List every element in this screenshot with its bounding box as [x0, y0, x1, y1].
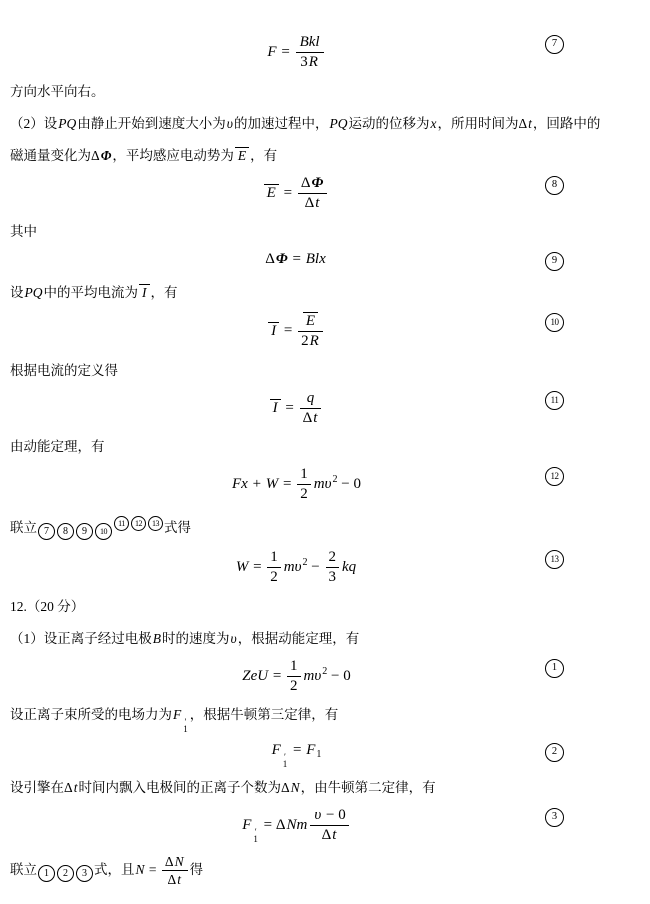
- text-content: 根据电流的定义得: [10, 360, 118, 381]
- math-variable: mυ: [314, 476, 332, 492]
- math-variable: E: [238, 148, 246, 163]
- math-text: 由静止开始到速度大小为: [77, 116, 226, 131]
- math-text: =: [289, 742, 305, 758]
- fraction-denominator: 3: [326, 568, 340, 586]
- circled-number: 3: [76, 865, 93, 882]
- overline-group: I: [139, 284, 150, 300]
- fraction-numerator: ΔN: [162, 854, 188, 872]
- math-text: 1: [290, 658, 298, 674]
- math-variable: F: [306, 742, 315, 758]
- fraction-numerator: ΔΦ: [298, 175, 328, 194]
- equation-number-badge: 2: [545, 743, 564, 762]
- math-text: ，平均感应电动势为: [112, 148, 234, 163]
- math-variable: N: [175, 854, 184, 869]
- math-text: 联立: [10, 862, 37, 877]
- math-text: 2: [301, 333, 309, 349]
- fraction-numerator: υ − 0: [310, 807, 348, 826]
- equation-number-badge: 7: [545, 35, 564, 54]
- circled-number: 10: [95, 523, 112, 540]
- math-text: Δ: [265, 251, 275, 267]
- math-text: =: [279, 476, 295, 492]
- fraction-denominator: 2: [267, 568, 281, 586]
- formula-content: Fx + W = 12mυ2 − 0: [231, 466, 361, 504]
- math-text: 2: [300, 486, 308, 502]
- document-lines: F = Bkl3R7方向水平向右。（2）设PQ由静止开始到速度大小为υ的加速过程…: [0, 34, 650, 888]
- equation-number-badge: 12: [545, 467, 564, 486]
- text-line: 设正离子束所受的电场力为F′1，根据牛顿第三定律，有: [0, 704, 650, 733]
- math-variable: kq: [342, 559, 356, 575]
- math-text: 运动的位移为: [348, 116, 429, 131]
- math-variable: R: [309, 54, 318, 70]
- formula-line: F′1 = F12: [0, 742, 650, 768]
- math-variable: I: [273, 400, 278, 416]
- math-text: =: [249, 559, 265, 575]
- math-text: ，由牛顿第二定律，有: [301, 780, 436, 795]
- fraction-numerator: E: [298, 312, 323, 332]
- text-line: 由动能定理，有: [0, 436, 650, 457]
- math-text: 磁通量变化为Δ: [10, 148, 100, 163]
- fraction-denominator: 2: [297, 485, 311, 503]
- math-variable-bold: Φ: [276, 251, 288, 267]
- math-variable: q: [307, 390, 315, 406]
- text-content: 联立78910111213式得: [10, 513, 191, 541]
- math-variable: t: [74, 780, 78, 795]
- formula-line: ZeU = 12mυ2 − 01: [0, 658, 650, 696]
- text-content: （2）设PQ由静止开始到速度大小为υ的加速过程中，PQ运动的位移为x，所用时间为…: [10, 113, 600, 134]
- text-content: 联立123式，且N = ΔNΔt得: [10, 854, 203, 888]
- prime-subscript: ′1: [253, 829, 258, 843]
- math-text: 的加速过程中，: [234, 116, 329, 131]
- math-variable-bold: Φ: [311, 175, 323, 191]
- subscript: 1: [316, 749, 321, 760]
- equation-number-badge: 11: [545, 391, 564, 410]
- math-variable: F: [242, 817, 251, 833]
- formula-line: ΔΦ = Blx9: [0, 251, 650, 273]
- math-variable: PQ: [329, 116, 347, 131]
- math-text: 得: [190, 862, 204, 877]
- fraction: qΔt: [300, 390, 322, 428]
- math-variable: mυ: [284, 559, 302, 575]
- circled-number: 2: [57, 865, 74, 882]
- math-variable: N: [291, 780, 300, 795]
- sub-index: 1: [253, 836, 258, 843]
- formula-content: I = qΔt: [269, 390, 324, 428]
- formula-line: F = Bkl3R7: [0, 34, 650, 72]
- math-text: 3: [329, 569, 337, 585]
- math-variable: t: [315, 195, 319, 211]
- math-variable: υ: [227, 116, 233, 131]
- overline-group: E: [303, 312, 318, 330]
- math-text: Δ: [301, 175, 311, 191]
- math-variable: υ: [231, 631, 237, 646]
- math-text: 根据电流的定义得: [10, 363, 118, 378]
- fraction-numerator: q: [300, 390, 322, 409]
- math-variable: ZeU: [242, 668, 268, 684]
- math-text: 方向水平向右。: [10, 84, 105, 99]
- math-text: ，所用时间为Δ: [437, 116, 527, 131]
- circled-number: 8: [57, 523, 74, 540]
- text-content: 设PQ中的平均电流为I，有: [10, 282, 178, 303]
- math-text: 由动能定理，有: [10, 439, 105, 454]
- math-variable: E: [267, 185, 276, 201]
- fraction: ΔΦΔt: [298, 175, 328, 213]
- math-variable: N: [136, 862, 145, 877]
- circled-number: 11: [114, 516, 129, 531]
- fraction: E2R: [298, 312, 323, 351]
- equation-number-badge: 9: [545, 252, 564, 271]
- math-text: ，回路中的: [533, 116, 601, 131]
- fraction-numerator: 1: [267, 549, 281, 568]
- equation-number-badge: 3: [545, 808, 564, 827]
- fraction: 12: [287, 658, 301, 696]
- math-variable: Fx: [232, 476, 248, 492]
- prime-subscript: ′1: [183, 719, 188, 733]
- math-variable: Blx: [306, 251, 326, 267]
- text-line: 12.（20 分）: [0, 596, 650, 617]
- math-text: =: [269, 668, 285, 684]
- math-text: =: [289, 251, 305, 267]
- text-content: 方向水平向右。: [10, 81, 105, 102]
- formula-content: W = 12mυ2 − 23kq: [235, 549, 357, 587]
- math-text: ，有: [151, 285, 178, 300]
- math-text: =: [278, 44, 294, 60]
- fraction-denominator: 2R: [298, 332, 323, 350]
- prime-subscript: ′1: [283, 754, 288, 768]
- math-variable: Nm: [287, 817, 308, 833]
- math-text: 设: [10, 285, 24, 300]
- math-variable: t: [313, 410, 317, 426]
- fraction: 12: [297, 466, 311, 504]
- math-text: = Δ: [260, 817, 286, 833]
- fraction-numerator: 1: [297, 466, 311, 485]
- fraction: Bkl3R: [296, 34, 324, 72]
- formula-line: I = E2R10: [0, 312, 650, 351]
- math-text: 2: [329, 549, 337, 565]
- math-text: +: [249, 476, 265, 492]
- formula-line: Fx + W = 12mυ2 − 012: [0, 466, 650, 504]
- math-variable: B: [153, 631, 161, 646]
- circled-number: 1: [38, 865, 55, 882]
- fraction-denominator: 2: [287, 677, 301, 695]
- fraction-numerator: Bkl: [296, 34, 324, 53]
- math-text: Δ: [165, 854, 174, 869]
- math-text: （1）设正离子经过电极: [10, 631, 152, 646]
- math-text: =: [280, 185, 296, 201]
- circled-number: 13: [148, 516, 163, 531]
- math-text: （2）设: [10, 116, 57, 131]
- text-line: 设引擎在Δt时间内飘入电极间的正离子个数为ΔN，由牛顿第二定律，有: [0, 777, 650, 798]
- formula-line: I = qΔt11: [0, 390, 650, 428]
- fraction: 12: [267, 549, 281, 587]
- math-text: 式，且: [94, 862, 135, 877]
- math-text: − 0: [322, 807, 345, 823]
- math-text: Δ: [168, 872, 177, 887]
- overline-group: E: [235, 147, 249, 163]
- superscript: 111213: [113, 518, 164, 528]
- math-text: =: [282, 400, 298, 416]
- formula-content: ZeU = 12mυ2 − 0: [241, 658, 351, 696]
- text-content: 磁通量变化为ΔΦ，平均感应电动势为E，有: [10, 145, 277, 166]
- equation-number-badge: 10: [545, 313, 564, 332]
- fraction-denominator: Δt: [298, 194, 328, 212]
- math-text: 式得: [164, 520, 191, 535]
- math-variable: R: [310, 333, 319, 349]
- formula-content: ΔΦ = Blx: [265, 251, 326, 268]
- math-variable-bold: Φ: [101, 148, 112, 163]
- circled-number: 9: [76, 523, 93, 540]
- math-text: ，根据牛顿第三定律，有: [190, 707, 339, 722]
- math-text: ，根据动能定理，有: [238, 631, 360, 646]
- math-text: 其中: [10, 224, 37, 239]
- fraction-denominator: Δt: [300, 409, 322, 427]
- text-line: 其中: [0, 221, 650, 242]
- text-line: 联立78910111213式得: [0, 513, 650, 541]
- math-text: ，有: [250, 148, 277, 163]
- equation-number-badge: 1: [545, 659, 564, 678]
- math-variable: t: [177, 872, 181, 887]
- equation-number-badge: 13: [545, 550, 564, 569]
- math-variable: υ: [314, 807, 321, 823]
- math-variable: PQ: [58, 116, 76, 131]
- fraction-denominator: 3R: [296, 53, 324, 71]
- math-text: − 0: [327, 668, 350, 684]
- text-line: 磁通量变化为ΔΦ，平均感应电动势为E，有: [0, 145, 650, 166]
- text-content: 12.（20 分）: [10, 596, 84, 617]
- formula-content: F = Bkl3R: [266, 34, 325, 72]
- formula-line: W = 12mυ2 − 23kq13: [0, 549, 650, 587]
- fraction-numerator: 2: [326, 549, 340, 568]
- fraction: ΔNΔt: [162, 854, 188, 888]
- overline-group: I: [268, 322, 279, 340]
- math-text: 设引擎在Δ: [10, 780, 73, 795]
- fraction-denominator: Δt: [162, 871, 188, 888]
- sub-index: 1: [283, 761, 288, 768]
- math-text: 2: [290, 678, 298, 694]
- math-variable: t: [528, 116, 532, 131]
- math-text: 12.（20 分）: [10, 599, 84, 614]
- text-content: （1）设正离子经过电极B时的速度为υ，根据动能定理，有: [10, 628, 359, 649]
- math-text: 1: [300, 466, 308, 482]
- math-text: 中的平均电流为: [44, 285, 139, 300]
- math-text: Δ: [322, 827, 332, 843]
- document-page: F = Bkl3R7方向水平向右。（2）设PQ由静止开始到速度大小为υ的加速过程…: [0, 0, 650, 904]
- math-variable: PQ: [25, 285, 43, 300]
- math-variable: I: [142, 285, 147, 300]
- math-text: 联立: [10, 520, 37, 535]
- circled-number: 7: [38, 523, 55, 540]
- formula-line: E = ΔΦΔt8: [0, 175, 650, 213]
- math-variable: Bkl: [300, 34, 320, 50]
- math-variable: W: [266, 476, 279, 492]
- formula-content: I = E2R: [267, 312, 325, 351]
- math-variable: W: [236, 559, 249, 575]
- math-variable: x: [430, 116, 436, 131]
- math-text: Δ: [305, 195, 315, 211]
- text-content: 由动能定理，有: [10, 436, 105, 457]
- math-text: 1: [270, 549, 278, 565]
- math-text: 3: [300, 54, 308, 70]
- math-text: 2: [270, 569, 278, 585]
- math-variable: E: [306, 313, 315, 329]
- text-line: 设PQ中的平均电流为I，有: [0, 282, 650, 303]
- math-variable: F: [267, 44, 276, 60]
- text-content: 设引擎在Δt时间内飘入电极间的正离子个数为ΔN，由牛顿第二定律，有: [10, 777, 436, 798]
- math-variable: F: [173, 707, 181, 722]
- formula-content: E = ΔΦΔt: [263, 175, 330, 213]
- math-text: −: [308, 559, 324, 575]
- math-variable: F: [272, 742, 281, 758]
- math-text: 时间内飘入电极间的正离子个数为Δ: [78, 780, 289, 795]
- math-text: 设正离子束所受的电场力为: [10, 707, 172, 722]
- sub-index: 1: [183, 726, 188, 733]
- text-content: 设正离子束所受的电场力为F′1，根据牛顿第三定律，有: [10, 704, 338, 733]
- text-line: 联立123式，且N = ΔNΔt得: [0, 854, 650, 888]
- equation-number-badge: 8: [545, 176, 564, 195]
- overline-group: E: [264, 184, 279, 202]
- text-line: 方向水平向右。: [0, 81, 650, 102]
- text-line: （2）设PQ由静止开始到速度大小为υ的加速过程中，PQ运动的位移为x，所用时间为…: [0, 113, 650, 134]
- math-text: − 0: [338, 476, 361, 492]
- fraction: υ − 0Δt: [310, 807, 348, 845]
- circled-number: 12: [131, 516, 146, 531]
- fraction-numerator: 1: [287, 658, 301, 677]
- math-text: =: [280, 323, 296, 339]
- fraction-denominator: Δt: [310, 826, 348, 844]
- math-variable: I: [271, 323, 276, 339]
- math-variable: t: [332, 827, 336, 843]
- formula-line: F′1 = ΔNmυ − 0Δt3: [0, 807, 650, 845]
- fraction: 23: [326, 549, 340, 587]
- text-line: 根据电流的定义得: [0, 360, 650, 381]
- text-line: （1）设正离子经过电极B时的速度为υ，根据动能定理，有: [0, 628, 650, 649]
- formula-content: F′1 = F1: [271, 742, 322, 768]
- math-variable: mυ: [304, 668, 322, 684]
- math-text: =: [146, 862, 160, 877]
- text-content: 其中: [10, 221, 37, 242]
- math-text: Δ: [303, 410, 313, 426]
- formula-content: F′1 = ΔNmυ − 0Δt: [241, 807, 350, 845]
- overline-group: I: [270, 399, 281, 417]
- math-text: 时的速度为: [162, 631, 230, 646]
